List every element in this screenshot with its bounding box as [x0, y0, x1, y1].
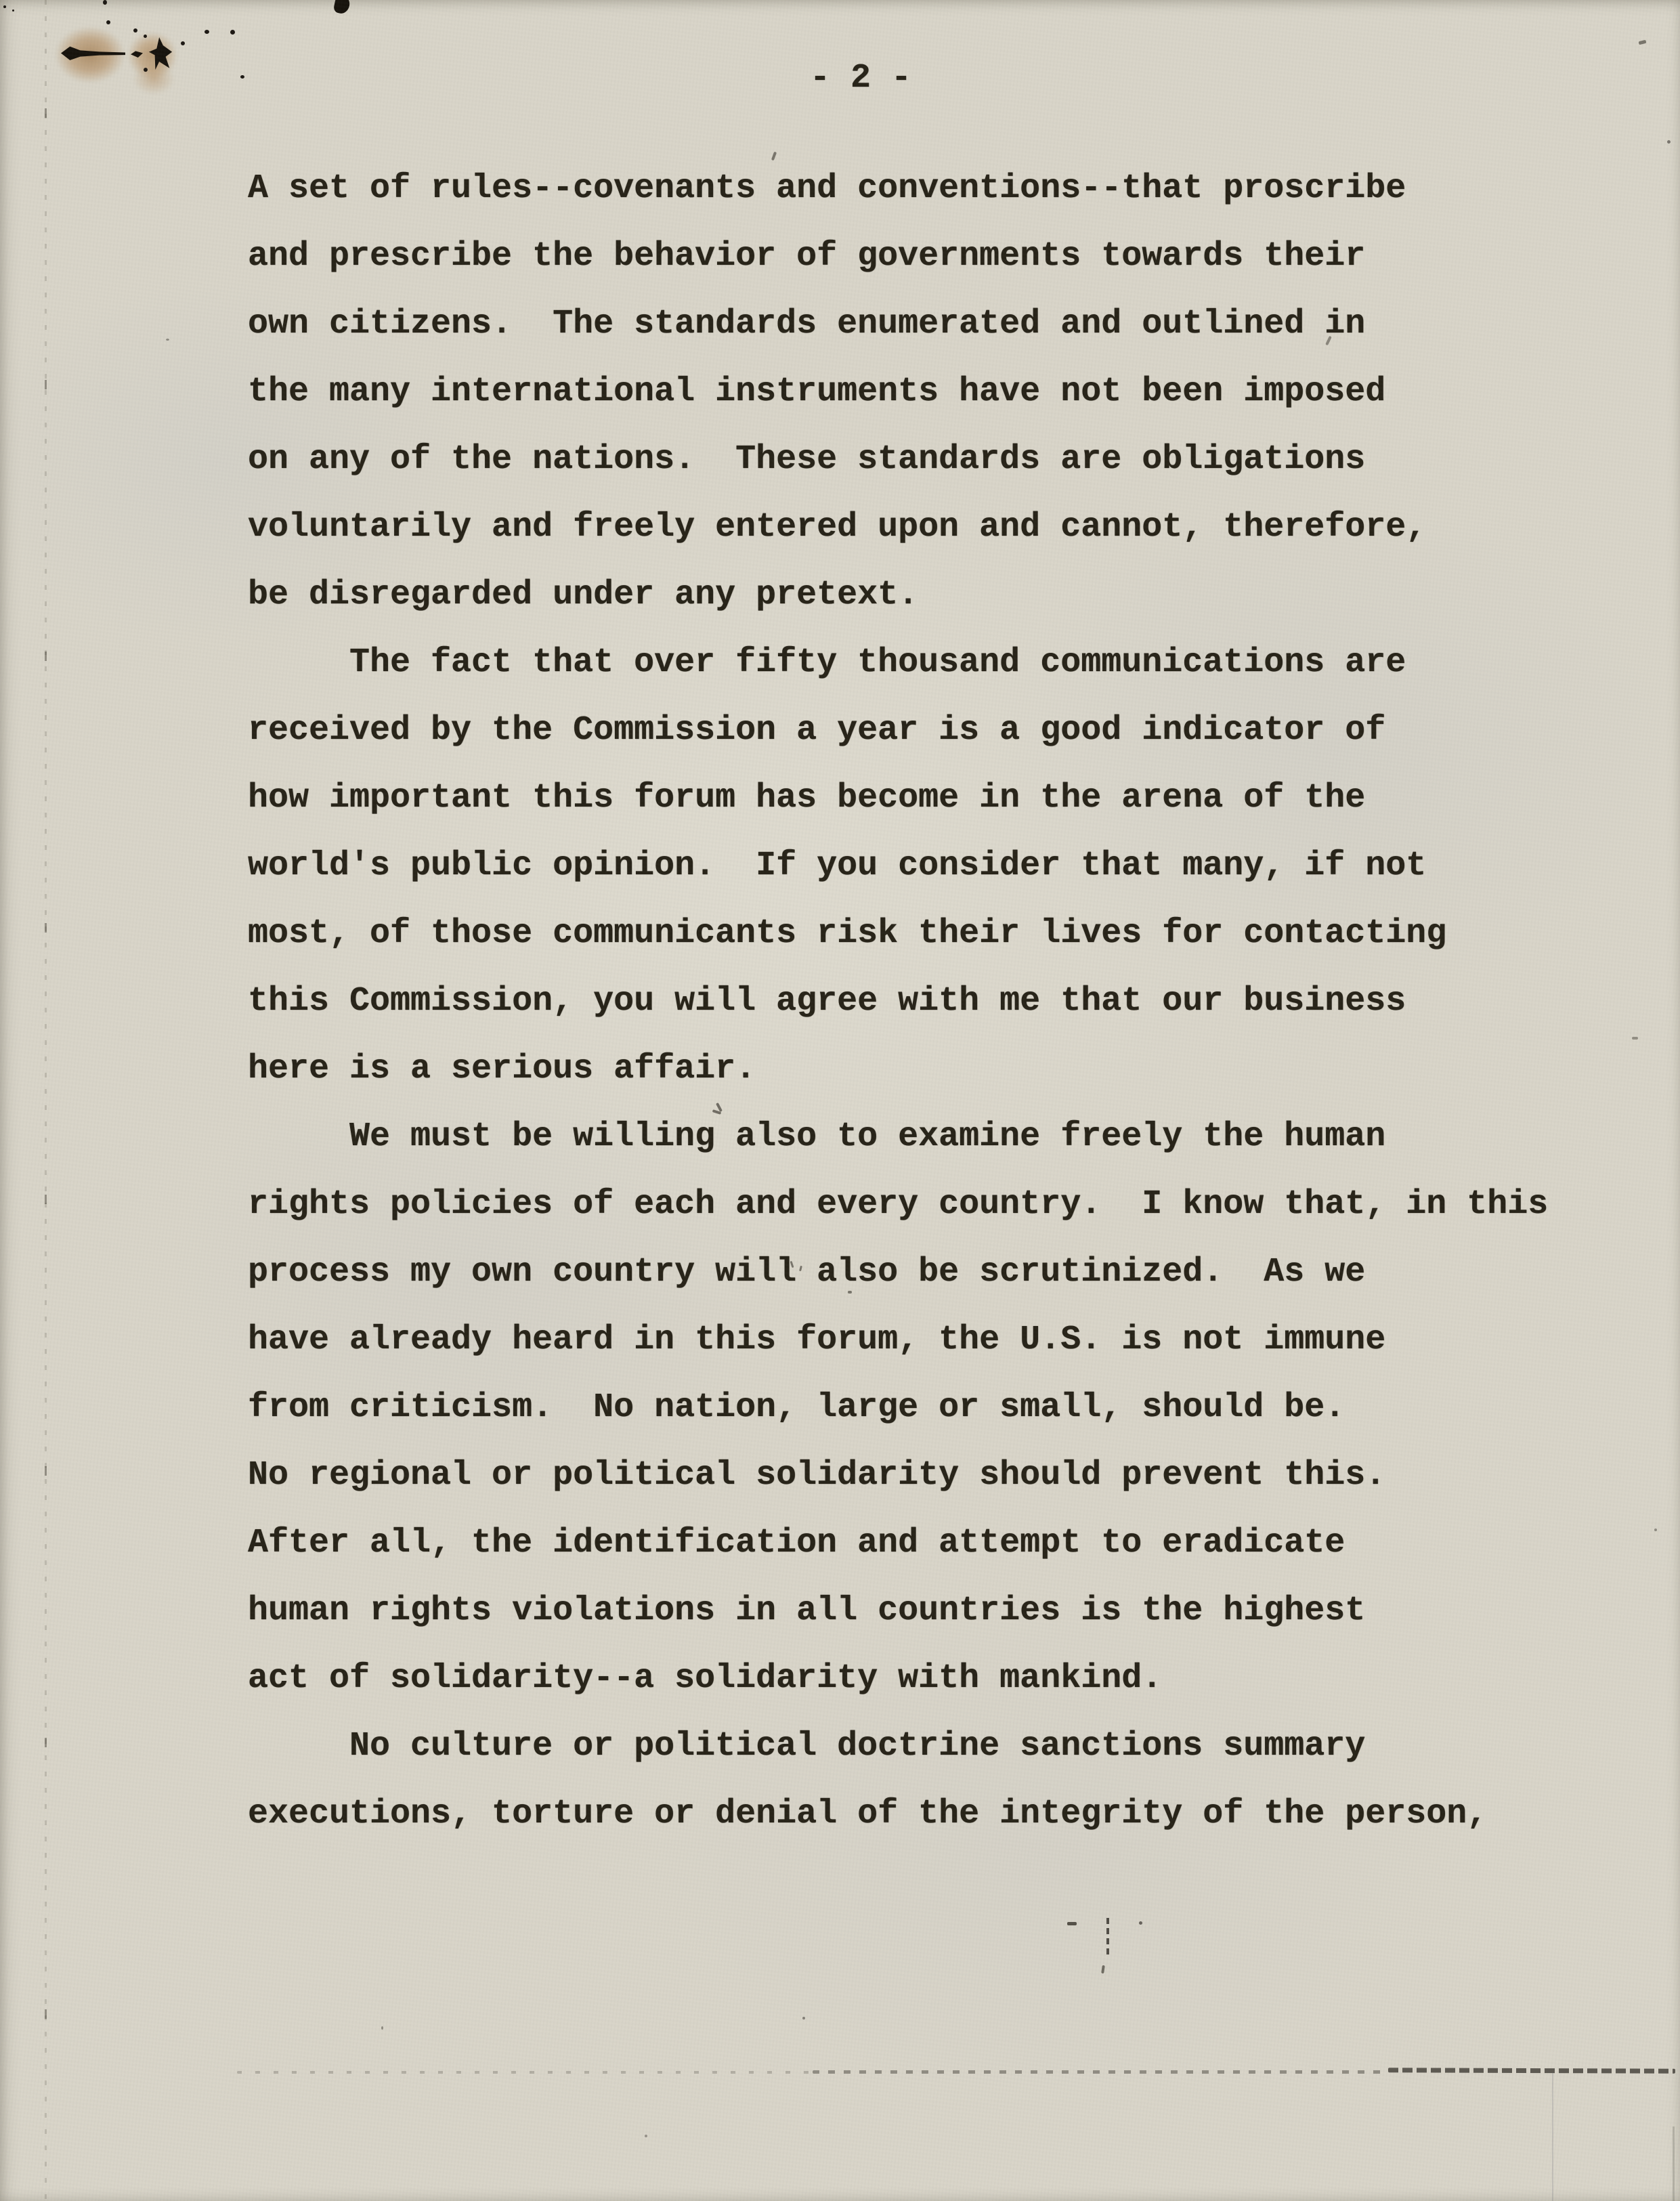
typed-line: The fact that over fifty thousand commun… — [248, 629, 1548, 697]
ink-speck — [1654, 1529, 1657, 1531]
typed-line: human rights violations in all countries… — [248, 1577, 1548, 1645]
stray-dash — [1067, 1922, 1077, 1925]
stain-blot — [55, 26, 125, 83]
scanned-document-page: - 2 - A set of rules--covenants and conv… — [0, 0, 1680, 2201]
margin-perforation-line — [45, 0, 47, 2201]
stray-tick — [1101, 1965, 1105, 1973]
ink-mark — [131, 49, 143, 58]
ink-speck — [240, 75, 244, 79]
typed-line: from criticism. No nation, large or smal… — [248, 1374, 1548, 1442]
page-number: - 2 - — [810, 45, 911, 112]
margin-perforation-line — [45, 0, 47, 2201]
ink-speck — [1667, 140, 1671, 144]
ink-speck — [144, 68, 148, 72]
ink-speck — [230, 30, 235, 35]
ink-speck — [1139, 1921, 1142, 1925]
typed-line: be disregarded under any pretext. — [248, 561, 1548, 629]
ink-speck — [204, 30, 209, 34]
scan-artifact-line — [237, 2071, 813, 2074]
ink-speck — [802, 2017, 805, 2020]
typed-line: on any of the nations. These standards a… — [248, 426, 1548, 494]
scan-artifact-line — [813, 2070, 1388, 2074]
ink-streak — [61, 45, 125, 62]
typed-line: the many international instruments have … — [248, 358, 1548, 426]
ink-speck — [166, 339, 169, 341]
scan-crease-line — [1552, 2072, 1553, 2201]
typed-line: No regional or political solidarity shou… — [248, 1442, 1548, 1510]
typed-line: executions, torture or denial of the int… — [248, 1780, 1548, 1848]
stray-tick — [1639, 40, 1647, 45]
ink-speck — [381, 2026, 383, 2030]
typed-line: own citizens. The standards enumerated a… — [248, 291, 1548, 358]
stray-bar — [1106, 1918, 1109, 1957]
scan-artifact-line — [1388, 2068, 1675, 2073]
scan-crease-line — [1673, 2127, 1675, 2201]
typed-line: how important this forum has become in t… — [248, 765, 1548, 832]
typed-line: After all, the identification and attemp… — [248, 1510, 1548, 1577]
typed-line: received by the Commission a year is a g… — [248, 697, 1548, 765]
stray-tick — [1632, 1037, 1638, 1040]
ink-speck — [181, 41, 185, 45]
typed-line: act of solidarity--a solidarity with man… — [248, 1645, 1548, 1713]
typed-line: voluntarily and freely entered upon and … — [248, 494, 1548, 561]
ink-speck — [106, 20, 110, 24]
ink-speck — [645, 2135, 647, 2137]
typed-line: process my own country will also be scru… — [248, 1239, 1548, 1306]
ink-speck — [3, 5, 6, 8]
ink-speck — [12, 9, 14, 12]
ink-speck — [103, 0, 107, 5]
typed-line: We must be willing also to examine freel… — [248, 1103, 1548, 1171]
ink-speck — [144, 35, 147, 38]
typed-line: No culture or political doctrine sanctio… — [248, 1713, 1548, 1780]
typed-line: here is a serious affair. — [248, 1035, 1548, 1103]
ink-blob — [333, 0, 351, 15]
typed-line: have already heard in this forum, the U.… — [248, 1306, 1548, 1374]
typed-line: this Commission, you will agree with me … — [248, 968, 1548, 1035]
typed-line: world's public opinion. If you consider … — [248, 832, 1548, 900]
stain-blot — [133, 62, 175, 95]
typed-line: most, of those communicants risk their l… — [248, 900, 1548, 968]
ink-speck — [133, 28, 137, 33]
typed-line: rights policies of each and every countr… — [248, 1171, 1548, 1239]
typed-line: and prescribe the behavior of government… — [248, 223, 1548, 291]
stain-blot — [127, 32, 177, 79]
typed-text-block: A set of rules--covenants and convention… — [248, 155, 1548, 1848]
ink-mark — [148, 37, 173, 70]
typed-line: A set of rules--covenants and convention… — [248, 155, 1548, 223]
